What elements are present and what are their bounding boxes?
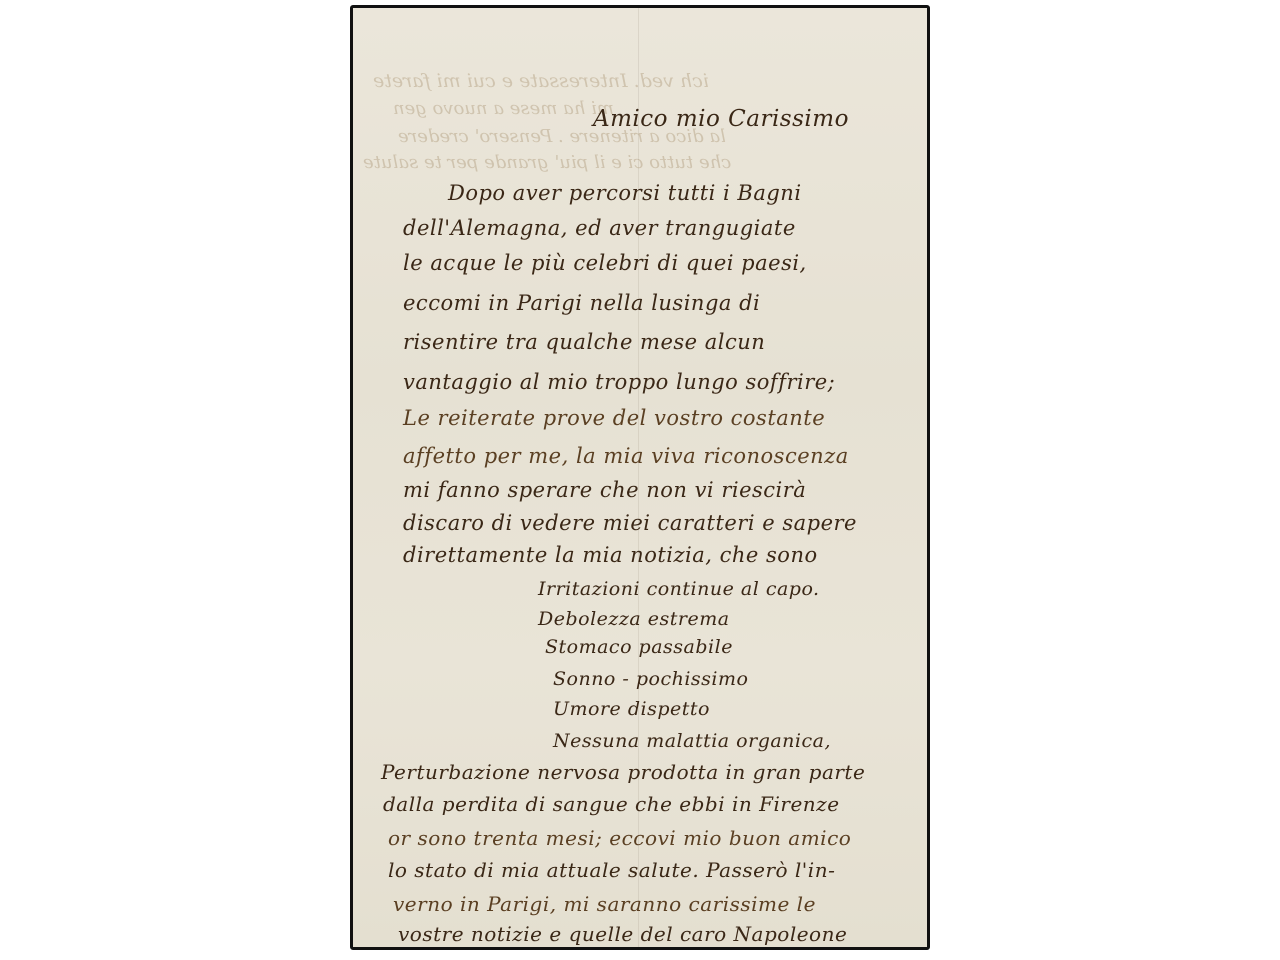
symptom-list-item: Nessuna malattia organica, — [553, 730, 831, 752]
bleed-through-text: ich ved. Interessate e cui mi farete — [373, 70, 709, 92]
letter-closing-line: vostre notizie e quelle del caro Napoleo… — [398, 922, 847, 946]
letter-closing-line: lo stato di mia attuale salute. Passerò … — [388, 858, 835, 882]
letter-body-line: direttamente la mia notizia, che sono — [403, 543, 818, 567]
letter-paper: ich ved. Interessate e cui mi farete mi … — [350, 5, 930, 950]
bleed-through-text: che tutto ci e il piu' grande per te sal… — [363, 152, 731, 173]
letter-body-line: dell'Alemagna, ed aver trangugiate — [403, 216, 796, 240]
letter-salutation: Amico mio Carissimo — [593, 106, 849, 132]
symptom-list-item: Irritazioni continue al capo. — [538, 578, 820, 600]
letter-body-line: mi fanno sperare che non vi riescirà — [403, 478, 806, 502]
symptom-list-item: Debolezza estrema — [538, 608, 730, 630]
image-stage: ich ved. Interessate e cui mi farete mi … — [0, 0, 1280, 960]
letter-body-line: vantaggio al mio troppo lungo soffrire; — [403, 370, 835, 394]
symptom-list-item: Sonno - pochissimo — [553, 668, 748, 690]
letter-closing-line: dalla perdita di sangue che ebbi in Fire… — [383, 792, 840, 816]
letter-body-line: le acque le più celebri di quei paesi, — [403, 251, 807, 275]
letter-body-line: discaro di vedere miei caratteri e saper… — [403, 511, 857, 535]
symptom-list-item: Umore dispetto — [553, 698, 710, 720]
letter-closing-line: Perturbazione nervosa prodotta in gran p… — [381, 760, 865, 784]
letter-body-line: risentire tra qualche mese alcun — [403, 330, 765, 354]
letter-body-line: affetto per me, la mia viva riconoscenza — [403, 444, 849, 468]
letter-body-line: eccomi in Parigi nella lusinga di — [403, 291, 760, 315]
letter-closing-line: verno in Parigi, mi saranno carissime le — [393, 892, 816, 916]
letter-body-line: Dopo aver percorsi tutti i Bagni — [448, 181, 802, 205]
bleed-through-text: mi ha mese a nuovo gen — [393, 98, 614, 119]
symptom-list-item: Stomaco passabile — [545, 636, 733, 658]
letter-body-line: Le reiterate prove del vostro costante — [403, 406, 825, 430]
letter-closing-line: or sono trenta mesi; eccovi mio buon ami… — [388, 826, 851, 850]
